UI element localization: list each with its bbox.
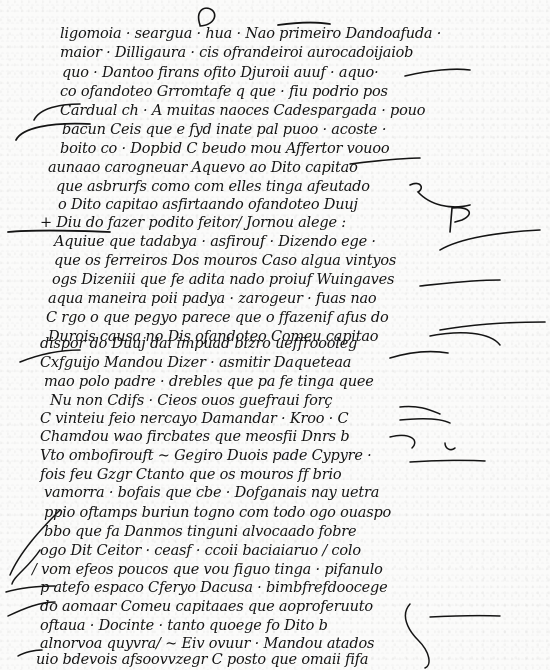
manuscript-line: bacun Ceis que e fyd inate pal puoo · ac… <box>62 122 386 138</box>
manuscript-line: que os ferreiros Dos mouros Caso algua v… <box>54 253 396 269</box>
manuscript-line: alnorvoa quyvra/ ~ Eiv ovuur · Mandou at… <box>40 636 374 652</box>
manuscript-line: do aomaar Comeu capitaaes que aoproferuu… <box>40 599 373 615</box>
manuscript-line: aqua maneira poii padya · zarogeur · fua… <box>48 291 376 307</box>
manuscript-line: o Dito capitao asfirtaando ofandoteo Duu… <box>58 197 358 213</box>
manuscript-line: bbo que fa Danmos tinguni alvocaado fobr… <box>44 524 356 540</box>
manuscript-line: Cxfguijo Mandou Dizer · asmitir Daquetea… <box>40 355 351 371</box>
manuscript-line: Vto ombofirouft ~ Gegiro Duois pade Cypy… <box>40 448 372 464</box>
manuscript-line: quo · Dantoo firans ofito Djuroii auuf ·… <box>62 65 378 81</box>
manuscript-line: / vom efeos poucos que vou figuo tinga ·… <box>32 562 383 578</box>
manuscript-line: fois feu Gzgr Ctanto que os mouros ff br… <box>40 467 341 483</box>
manuscript-line: vamorra · bofais que cbe · Dofganais nay… <box>44 485 379 501</box>
manuscript-line: ligomoia · seargua · hua · Nao primeiro … <box>60 26 441 42</box>
manuscript-line: C rgo o que pegyo parece que o ffazenif … <box>46 310 389 326</box>
manuscript-line: ppio oftamps buriun togno com todo ogo o… <box>44 505 391 521</box>
manuscript-line: oftaua · Docinte · tanto quoege fo Dito … <box>40 618 328 634</box>
manuscript-line: ogs Dizeniii que fe adita nado proiuf Wu… <box>52 272 394 288</box>
manuscript-line: Nu non Cdifs · Cieos ouos guefraui forç <box>50 393 332 409</box>
manuscript-line: maior · Dilligaura · cis ofrandeiroi aur… <box>60 45 413 61</box>
manuscript-line: mao polo padre · drebles que pa fe tinga… <box>44 374 374 390</box>
manuscript-line: aunaao carogneuar Aquevo ao Dito capitao <box>48 160 358 176</box>
manuscript-page: ligomoia · seargua · hua · Nao primeiro … <box>0 0 550 670</box>
manuscript-line: Cardual ch · A muitas naoces Cadespargad… <box>60 103 425 119</box>
manuscript-text: ligomoia · seargua · hua · Nao primeiro … <box>0 0 550 670</box>
manuscript-line: ogo Dit Ceitor · ceasf · ccoii baciaiaru… <box>40 543 361 559</box>
manuscript-line: boito co · Dopbid C beudo mou Affertor v… <box>60 141 389 157</box>
manuscript-line: co ofandoteo Grromtafe q que · fiu podri… <box>60 84 388 100</box>
manuscript-line: dispor do Duuj dai impuad bizro ueffrooo… <box>40 336 357 352</box>
manuscript-line: que asbrurfs como com elles tinga afeuta… <box>56 179 370 195</box>
manuscript-line: p atefo espaco Cferyo Dacusa · bimbfrefd… <box>40 580 388 596</box>
manuscript-line: Chamdou wao fircbates que meosfii Dnrs b <box>40 429 349 445</box>
manuscript-line: C vinteiu feio nercayo Damandar · Kroo ·… <box>40 411 348 427</box>
manuscript-line: + Diu do fazer podito feitor/ Jornou ale… <box>40 215 346 231</box>
manuscript-line: Aquiue que tadabya · asfirouf · Dizendo … <box>54 234 376 250</box>
manuscript-line: uio bdevois afsoovvzegr C posto que omai… <box>36 652 368 668</box>
